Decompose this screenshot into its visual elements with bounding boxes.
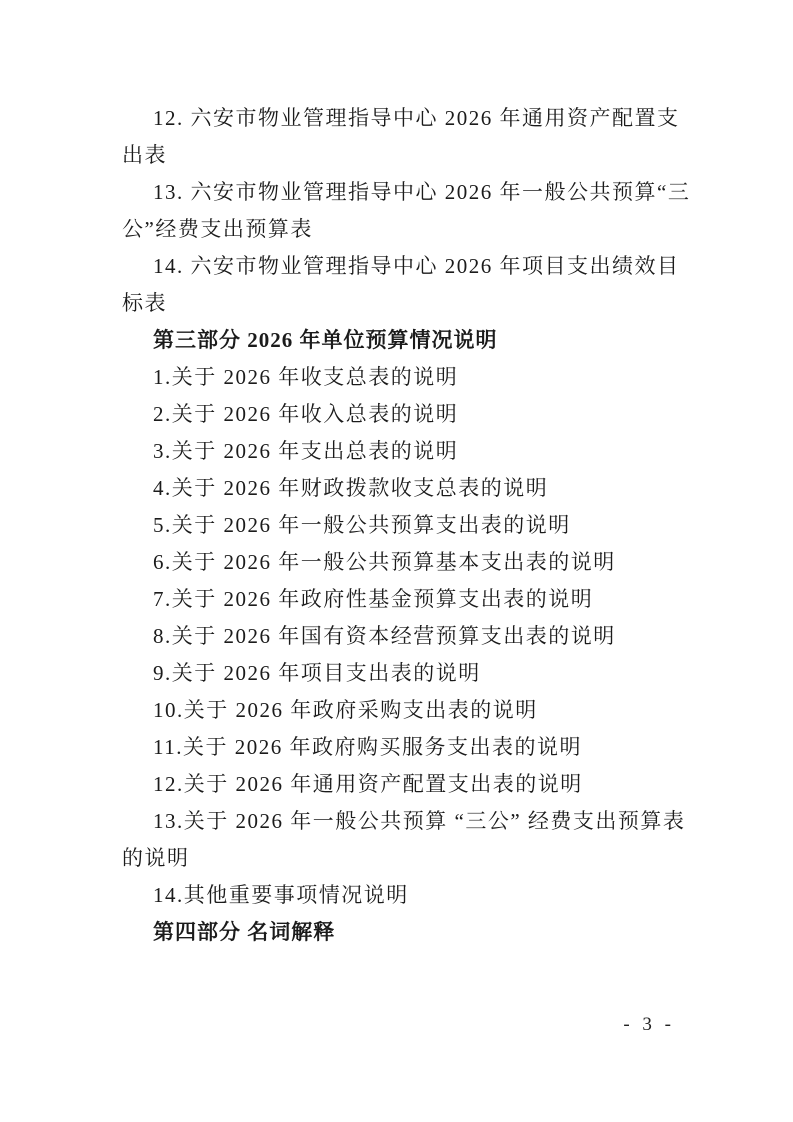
toc-line: 3.关于 2026 年支出总表的说明 bbox=[122, 433, 678, 470]
toc-line: 的说明 bbox=[122, 840, 678, 877]
section-heading: 第三部分 2026 年单位预算情况说明 bbox=[122, 322, 678, 359]
section-heading: 第四部分 名词解释 bbox=[122, 914, 678, 951]
document-body: 12. 六安市物业管理指导中心 2026 年通用资产配置支出表13. 六安市物业… bbox=[122, 100, 678, 951]
toc-line: 1.关于 2026 年收支总表的说明 bbox=[122, 359, 678, 396]
toc-line: 标表 bbox=[122, 285, 678, 322]
toc-line: 12. 六安市物业管理指导中心 2026 年通用资产配置支 bbox=[122, 100, 678, 137]
toc-line: 12.关于 2026 年通用资产配置支出表的说明 bbox=[122, 766, 678, 803]
toc-line: 11.关于 2026 年政府购买服务支出表的说明 bbox=[122, 729, 678, 766]
toc-line: 8.关于 2026 年国有资本经营预算支出表的说明 bbox=[122, 618, 678, 655]
toc-line: 6.关于 2026 年一般公共预算基本支出表的说明 bbox=[122, 544, 678, 581]
toc-line: 10.关于 2026 年政府采购支出表的说明 bbox=[122, 692, 678, 729]
toc-line: 出表 bbox=[122, 137, 678, 174]
toc-line: 2.关于 2026 年收入总表的说明 bbox=[122, 396, 678, 433]
document-page: 12. 六安市物业管理指导中心 2026 年通用资产配置支出表13. 六安市物业… bbox=[0, 0, 793, 1122]
toc-line: 7.关于 2026 年政府性基金预算支出表的说明 bbox=[122, 581, 678, 618]
toc-line: 14.其他重要事项情况说明 bbox=[122, 877, 678, 914]
toc-line: 13. 六安市物业管理指导中心 2026 年一般公共预算“三 bbox=[122, 174, 678, 211]
toc-line: 14. 六安市物业管理指导中心 2026 年项目支出绩效目 bbox=[122, 248, 678, 285]
toc-line: 5.关于 2026 年一般公共预算支出表的说明 bbox=[122, 507, 678, 544]
toc-line: 13.关于 2026 年一般公共预算 “三公” 经费支出预算表 bbox=[122, 803, 678, 840]
toc-line: 4.关于 2026 年财政拨款收支总表的说明 bbox=[122, 470, 678, 507]
toc-line: 公”经费支出预算表 bbox=[122, 211, 678, 248]
page-number: - 3 - bbox=[623, 1014, 675, 1036]
toc-line: 9.关于 2026 年项目支出表的说明 bbox=[122, 655, 678, 692]
